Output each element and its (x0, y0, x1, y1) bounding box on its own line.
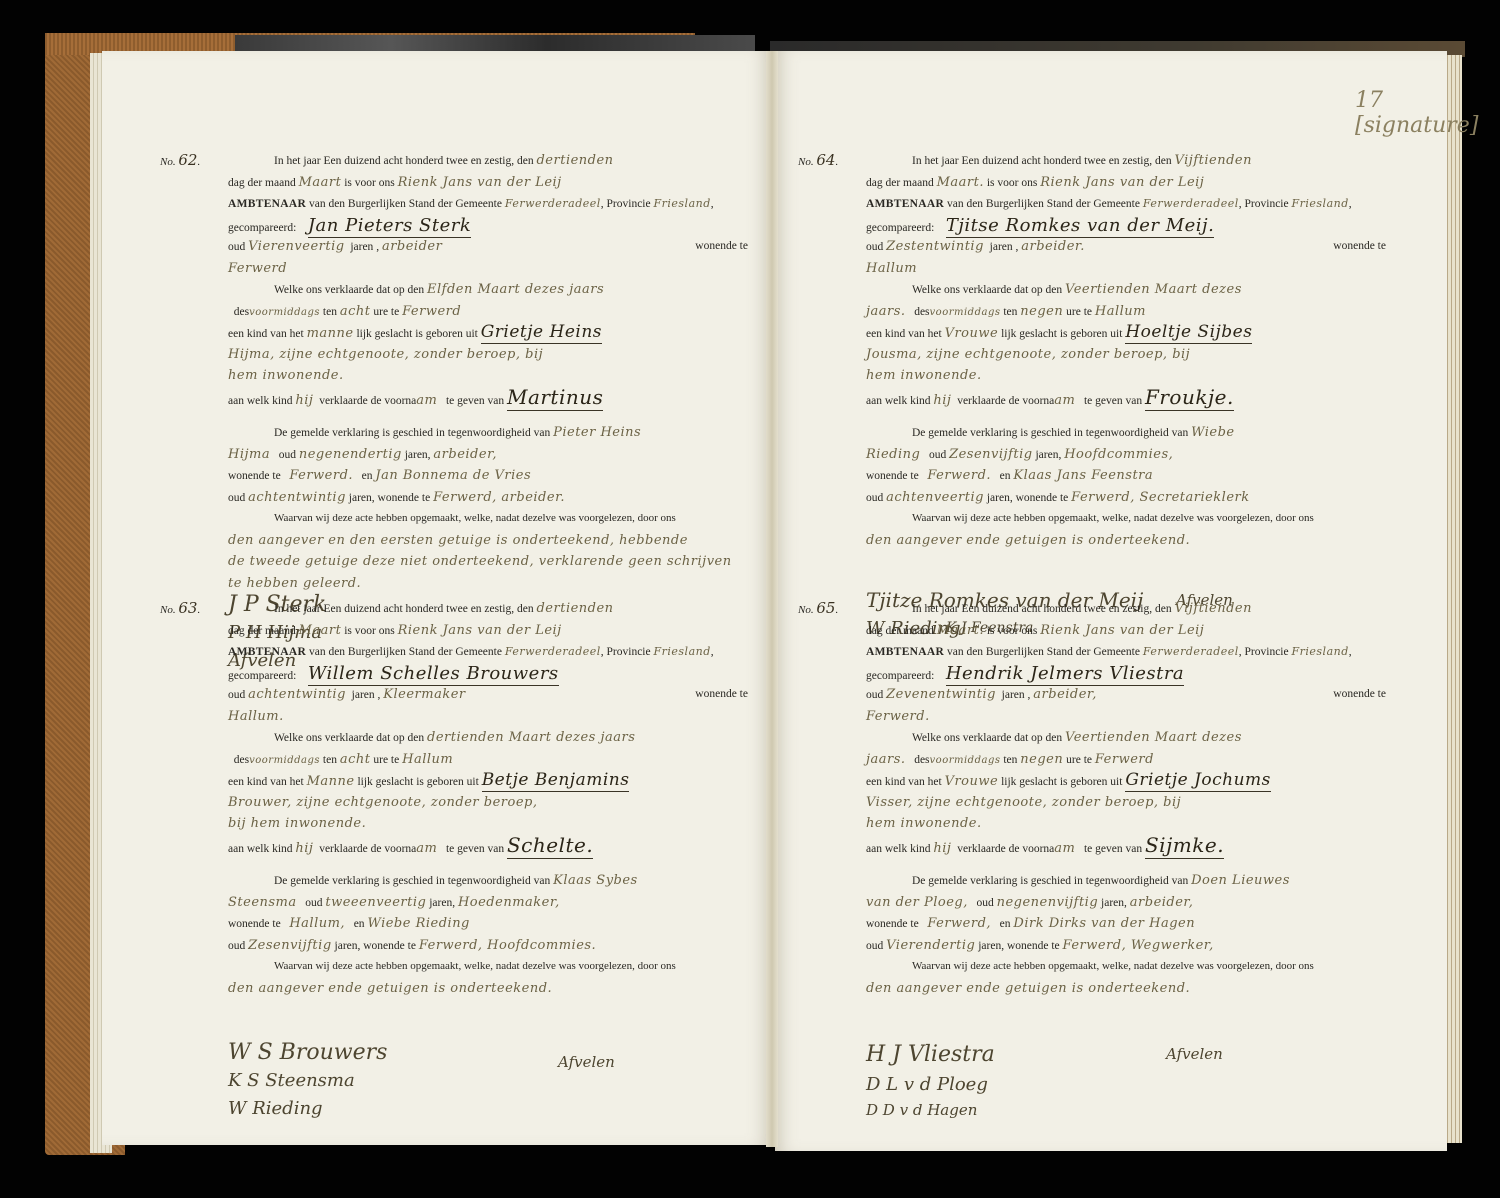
declarant-residence: Hallum (866, 261, 917, 276)
closing-line: den aangever ende getuigen is onderteeke… (228, 981, 552, 996)
witness1-name-cont: Hijma (228, 447, 270, 462)
signature: D L v d Ploeg (866, 1074, 988, 1096)
declarant-pronoun: hij (295, 393, 313, 408)
printed-text: verklaarde de voorna (319, 843, 416, 855)
record-day: Vijftienden (1174, 153, 1252, 168)
witness2-name: Wiebe Rieding (367, 916, 469, 931)
printed-text: oud (228, 492, 245, 504)
printed-text: lijk geslacht is geboren uit (357, 776, 478, 788)
witness1-age: tweeenveertig (325, 895, 426, 910)
printed-text: is voor ons (344, 177, 394, 189)
entry-number-label: No. 62. (160, 150, 200, 174)
declarant-name: Willem Schelles Brouwers (308, 663, 559, 686)
printed-intro: In het jaar Een duizend acht honderd twe… (866, 603, 1172, 615)
civil-official: Rienk Jans van der Leij (398, 623, 562, 638)
mother-name: Grietje Jochums (1125, 770, 1271, 792)
birth-date: Elfden Maart dezes jaars (427, 282, 604, 297)
printed-text: De gemelde verklaring is geschied in teg… (866, 427, 1188, 439)
printed-text: verklaarde de voorna (319, 395, 416, 407)
witness2-name: Klaas Jans Feenstra (1013, 468, 1153, 483)
municipality: Ferwerderadeel (505, 645, 601, 658)
entry-number-label: No. 64. (798, 150, 838, 174)
closing-line: te hebben geleerd. (228, 576, 361, 591)
declarant-name: Tjitse Romkes van der Meij. (946, 215, 1215, 238)
record-month: Maart (299, 623, 342, 638)
printed-text: dag der maand (866, 625, 934, 637)
signature: W S Brouwers (228, 1042, 387, 1064)
printed-text: en (354, 918, 365, 930)
witness1-residence: Ferwerd. (289, 468, 353, 483)
printed-text: jaren (1002, 689, 1025, 701)
time-of-day: voormiddags (930, 755, 1001, 766)
province: Friesland (1291, 197, 1348, 210)
printed-text: jaren, wonende te (335, 940, 416, 952)
time-of-day: voormiddags (930, 307, 1001, 318)
witness1-name-cont: Steensma (228, 895, 297, 910)
birth-record-entry: No. 64.In het jaar Een duizend acht hond… (866, 150, 1386, 594)
witness2-residence: Ferwerd, Secretarieklerk (1071, 490, 1250, 505)
entry-number-label: No. 63. (160, 598, 200, 622)
witness1-name: Pieter Heins (553, 425, 641, 440)
name-suffix: am (1054, 841, 1075, 856)
witness1-age: Zesenvijftig (949, 447, 1033, 462)
witness1-name: Klaas Sybes (553, 873, 638, 888)
closing-line: den aangever ende getuigen is onderteeke… (866, 533, 1190, 548)
printed-text: Welke ons verklaarde dat op den (866, 284, 1062, 296)
birth-record-entry: No. 63.In het jaar Een duizend acht hond… (228, 598, 748, 1042)
mother-name: Hoeltje Sijbes (1125, 322, 1252, 344)
entry-number: 62 (178, 151, 197, 169)
record-month: Maart. (937, 623, 984, 638)
declarant-pronoun: hij (295, 841, 313, 856)
printed-text: oud (228, 940, 245, 952)
printed-text: jaren (352, 689, 375, 701)
signature: Afvelen (1166, 1044, 1223, 1066)
birth-place: Hallum (1095, 304, 1146, 319)
witness2-residence: Ferwerd, Wegwerker, (1063, 938, 1214, 953)
province: Friesland (1291, 645, 1348, 658)
birth-hour: negen (1020, 752, 1063, 767)
signature: W Rieding (228, 1098, 323, 1120)
printed-text: gecompareerd: (866, 670, 934, 682)
printed-text: aan welk kind (866, 395, 931, 407)
printed-intro: In het jaar Een duizend acht honderd twe… (228, 603, 534, 615)
name-suffix: am (416, 393, 437, 408)
birth-hour: acht (340, 752, 371, 767)
printed-text: oud (279, 449, 296, 461)
printed-text: oud (976, 897, 993, 909)
declarant-age: Zestentwintig (886, 239, 984, 254)
printed-text: jaren (1035, 449, 1058, 461)
printed-text: lijk geslacht is geboren uit (1001, 328, 1122, 340)
record-month: Maart. (937, 175, 984, 190)
printed-text: jaren (429, 897, 452, 909)
printed-text: aan welk kind (866, 843, 931, 855)
mother-details-cont: hem inwonende. (866, 816, 982, 831)
child-name: Froukje. (1145, 385, 1234, 411)
printed-text: van den Burgerlijken Stand der Gemeente (309, 198, 502, 210)
printed-text: oud (866, 689, 883, 701)
witness1-name-cont: Rieding (866, 447, 920, 462)
printed-text: ten (1003, 754, 1017, 766)
printed-text: dag der maand (866, 177, 934, 189)
printed-text: De gemelde verklaring is geschied in teg… (866, 875, 1188, 887)
mother-details: Jousma, zijne echtgenoote, zonder beroep… (866, 347, 1190, 362)
printed-text: oud (866, 492, 883, 504)
printed-text: aan welk kind (228, 395, 293, 407)
child-name: Martinus (507, 385, 603, 411)
witness2-name: Jan Bonnema de Vries (375, 468, 531, 483)
child-sex: Manne (307, 774, 355, 789)
birth-place: Ferwerd (402, 304, 461, 319)
birth-record-entry: No. 62.In het jaar Een duizend acht hond… (228, 150, 748, 594)
declarant-age: achtentwintig (248, 687, 346, 702)
printed-text: is voor ons (987, 625, 1037, 637)
signature: H J Vliestra (866, 1044, 995, 1066)
printed-text: des (234, 754, 249, 766)
witness1-residence: Ferwerd. (927, 468, 991, 483)
declarant-occupation: arbeider. (1021, 239, 1085, 254)
printed-text: en (1000, 470, 1011, 482)
birth-place: Ferwerd (1095, 752, 1154, 767)
witness2-name: Dirk Dirks van der Hagen (1013, 916, 1195, 931)
printed-text: van den Burgerlijken Stand der Gemeente (947, 198, 1140, 210)
printed-text: wonende te (695, 684, 748, 706)
birth-date-cont: jaars. (866, 304, 906, 319)
signature: Afvelen (558, 1052, 615, 1074)
printed-text: oud (305, 897, 322, 909)
printed-text: Welke ons verklaarde dat op den (228, 732, 424, 744)
closing-line: de tweede getuige deze niet onderteekend… (228, 554, 732, 569)
civil-official: Rienk Jans van der Leij (1040, 623, 1204, 638)
birth-place: Hallum (402, 752, 453, 767)
printed-text: AMBTENAAR (228, 646, 306, 658)
printed-text: gecompareerd: (228, 222, 296, 234)
declarant-age: Vierenveertig (248, 239, 344, 254)
declarant-occupation: arbeider (382, 239, 442, 254)
printed-text: jaren, wonende te (349, 492, 430, 504)
witness2-residence: Ferwerd, arbeider. (433, 490, 565, 505)
witness1-residence: Hallum, (289, 916, 345, 931)
printed-text: jaren, wonende te (978, 940, 1059, 952)
child-sex: Vrouwe (945, 774, 999, 789)
record-day: dertienden (536, 601, 613, 616)
printed-text: en (1000, 918, 1011, 930)
printed-text: AMBTENAAR (866, 646, 944, 658)
printed-text: van den Burgerlijken Stand der Gemeente (947, 646, 1140, 658)
printed-text: jaren (350, 241, 373, 253)
witness1-occupation: arbeider, (433, 447, 497, 462)
declarant-residence: Ferwerd. (866, 709, 930, 724)
mother-name: Betje Benjamins (482, 770, 630, 792)
printed-text: een kind van het (866, 328, 942, 340)
printed-text: , Provincie (601, 646, 651, 658)
civil-official: Rienk Jans van der Leij (1040, 175, 1204, 190)
record-month: Maart (299, 175, 342, 190)
printed-text: des (234, 306, 249, 318)
printed-text: Welke ons verklaarde dat op den (866, 732, 1062, 744)
printed-text: dag der maand (228, 625, 296, 637)
printed-intro: In het jaar Een duizend acht honderd twe… (866, 155, 1172, 167)
witness1-occupation: Hoofdcommies, (1064, 447, 1173, 462)
witness2-residence: Ferwerd, Hoofdcommies. (419, 938, 596, 953)
printed-text: ure te (373, 754, 399, 766)
child-name: Sijmke. (1145, 833, 1224, 859)
witness1-age: negenendertig (299, 447, 402, 462)
birth-date: dertienden Maart dezes jaars (427, 730, 635, 745)
birth-hour: acht (340, 304, 371, 319)
printed-text: oud (228, 241, 245, 253)
printed-text: ten (323, 306, 337, 318)
printed-text: oud (929, 449, 946, 461)
printed-text: , Provincie (1239, 198, 1289, 210)
closing-line: den aangever en den eersten getuige is o… (228, 533, 688, 548)
printed-text: verklaarde de voorna (957, 843, 1054, 855)
printed-text: oud (228, 689, 245, 701)
printed-text: te geven van (446, 843, 504, 855)
printed-text: ure te (1066, 754, 1092, 766)
entry-number: 63 (178, 599, 197, 617)
printed-text: jaren (990, 241, 1013, 253)
witness1-occupation: arbeider, (1130, 895, 1194, 910)
printed-text: Waarvan wij deze acte hebben opgemaakt, … (866, 960, 1314, 972)
printed-text: des (914, 754, 929, 766)
printed-text: gecompareerd: (866, 222, 934, 234)
printed-text: een kind van het (866, 776, 942, 788)
signature: D D v d Hagen (866, 1100, 977, 1122)
province: Friesland (653, 197, 710, 210)
printed-text: van den Burgerlijken Stand der Gemeente (309, 646, 502, 658)
declarant-occupation: Kleermaker (383, 687, 465, 702)
declarant-age: Zevenentwintig (886, 687, 996, 702)
printed-text: jaren (1101, 897, 1124, 909)
declarant-residence: Ferwerd (228, 261, 287, 276)
name-suffix: am (1054, 393, 1075, 408)
birth-record-entry: No. 65.In het jaar Een duizend acht hond… (866, 598, 1386, 1042)
printed-text: jaren (405, 449, 428, 461)
witness2-age: achtentwintig (248, 490, 346, 505)
name-suffix: am (416, 841, 437, 856)
printed-text: wonende te (866, 918, 919, 930)
printed-text: verklaarde de voorna (957, 395, 1054, 407)
printed-text: aan welk kind (228, 843, 293, 855)
printed-text: Waarvan wij deze acte hebben opgemaakt, … (228, 512, 676, 524)
civil-official: Rienk Jans van der Leij (398, 175, 562, 190)
entry-number: 65 (816, 599, 835, 617)
printed-text: , Provincie (1239, 646, 1289, 658)
birth-date: Veertienden Maart dezes (1065, 282, 1242, 297)
declarant-occupation: arbeider, (1033, 687, 1097, 702)
printed-text: te geven van (1084, 395, 1142, 407)
book-gutter (766, 51, 778, 1147)
mother-details: Brouwer, zijne echtgenoote, zonder beroe… (228, 795, 537, 810)
printed-text: oud (866, 241, 883, 253)
printed-text: wonende te (866, 470, 919, 482)
birth-date-cont: jaars. (866, 752, 906, 767)
printed-text: te geven van (1084, 843, 1142, 855)
printed-text: wonende te (1333, 236, 1386, 258)
witness1-name-cont: van der Ploeg, (866, 895, 968, 910)
witness1-age: negenenvijftig (997, 895, 1099, 910)
witness1-residence: Ferwerd, (927, 916, 991, 931)
record-day: Vijftienden (1174, 601, 1252, 616)
witness1-name: Wiebe (1191, 425, 1235, 440)
province: Friesland (653, 645, 710, 658)
printed-text: ten (323, 754, 337, 766)
closing-line: den aangever ende getuigen is onderteeke… (866, 981, 1190, 996)
municipality: Ferwerderadeel (1143, 645, 1239, 658)
witness1-occupation: Hoedenmaker, (458, 895, 560, 910)
printed-text: is voor ons (987, 177, 1037, 189)
printed-text: is voor ons (344, 625, 394, 637)
birth-date: Veertienden Maart dezes (1065, 730, 1242, 745)
record-day: dertienden (536, 153, 613, 168)
mother-details-cont: hem inwonende. (866, 368, 982, 383)
printed-text: en (362, 470, 373, 482)
printed-text: Waarvan wij deze acte hebben opgemaakt, … (228, 960, 676, 972)
entry-number-label: No. 65. (798, 598, 838, 622)
entry-number: 64 (816, 151, 835, 169)
printed-text: wonende te (228, 918, 281, 930)
municipality: Ferwerderadeel (505, 197, 601, 210)
declarant-name: Jan Pieters Sterk (308, 215, 471, 238)
printed-text: Welke ons verklaarde dat op den (228, 284, 424, 296)
child-sex: manne (307, 326, 354, 341)
printed-text: De gemelde verklaring is geschied in teg… (228, 875, 550, 887)
printed-text: een kind van het (228, 776, 304, 788)
printed-text: te geven van (446, 395, 504, 407)
witness2-age: Zesenvijftig (248, 938, 332, 953)
printed-text: AMBTENAAR (228, 198, 306, 210)
printed-text: De gemelde verklaring is geschied in teg… (228, 427, 550, 439)
declarant-pronoun: hij (933, 841, 951, 856)
printed-text: wonende te (228, 470, 281, 482)
birth-hour: negen (1020, 304, 1063, 319)
printed-text: wonende te (1333, 684, 1386, 706)
witness2-age: Vierendertig (886, 938, 975, 953)
mother-details: Hijma, zijne echtgenoote, zonder beroep,… (228, 347, 543, 362)
witness2-age: achtenveertig (886, 490, 984, 505)
declarant-name: Hendrik Jelmers Vliestra (946, 663, 1184, 686)
declarant-pronoun: hij (933, 393, 951, 408)
printed-text: AMBTENAAR (866, 198, 944, 210)
time-of-day: voormiddags (249, 307, 320, 318)
printed-intro: In het jaar Een duizend acht honderd twe… (228, 155, 534, 167)
folio-mark: 17 [signature] (1355, 88, 1478, 138)
municipality: Ferwerderadeel (1143, 197, 1239, 210)
witness1-name: Doen Lieuwes (1191, 873, 1290, 888)
printed-text: ure te (1066, 306, 1092, 318)
printed-text: ten (1003, 306, 1017, 318)
mother-details-cont: bij hem inwonende. (228, 816, 366, 831)
child-name: Schelte. (507, 833, 593, 859)
printed-text: lijk geslacht is geboren uit (356, 328, 477, 340)
mother-details: Visser, zijne echtgenoote, zonder beroep… (866, 795, 1181, 810)
printed-text: oud (866, 940, 883, 952)
time-of-day: voormiddags (249, 755, 320, 766)
mother-name: Grietje Heins (481, 322, 602, 344)
printed-text: dag der maand (228, 177, 296, 189)
printed-text: lijk geslacht is geboren uit (1001, 776, 1122, 788)
printed-text: een kind van het (228, 328, 304, 340)
printed-text: gecompareerd: (228, 670, 296, 682)
declarant-residence: Hallum. (228, 709, 284, 724)
mother-details-cont: hem inwonende. (228, 368, 344, 383)
printed-text: ure te (373, 306, 399, 318)
printed-text: Waarvan wij deze acte hebben opgemaakt, … (866, 512, 1314, 524)
printed-text: des (914, 306, 929, 318)
printed-text: , Provincie (601, 198, 651, 210)
signature: K S Steensma (228, 1070, 355, 1092)
printed-text: wonende te (695, 236, 748, 258)
child-sex: Vrouwe (945, 326, 999, 341)
printed-text: jaren, wonende te (987, 492, 1068, 504)
